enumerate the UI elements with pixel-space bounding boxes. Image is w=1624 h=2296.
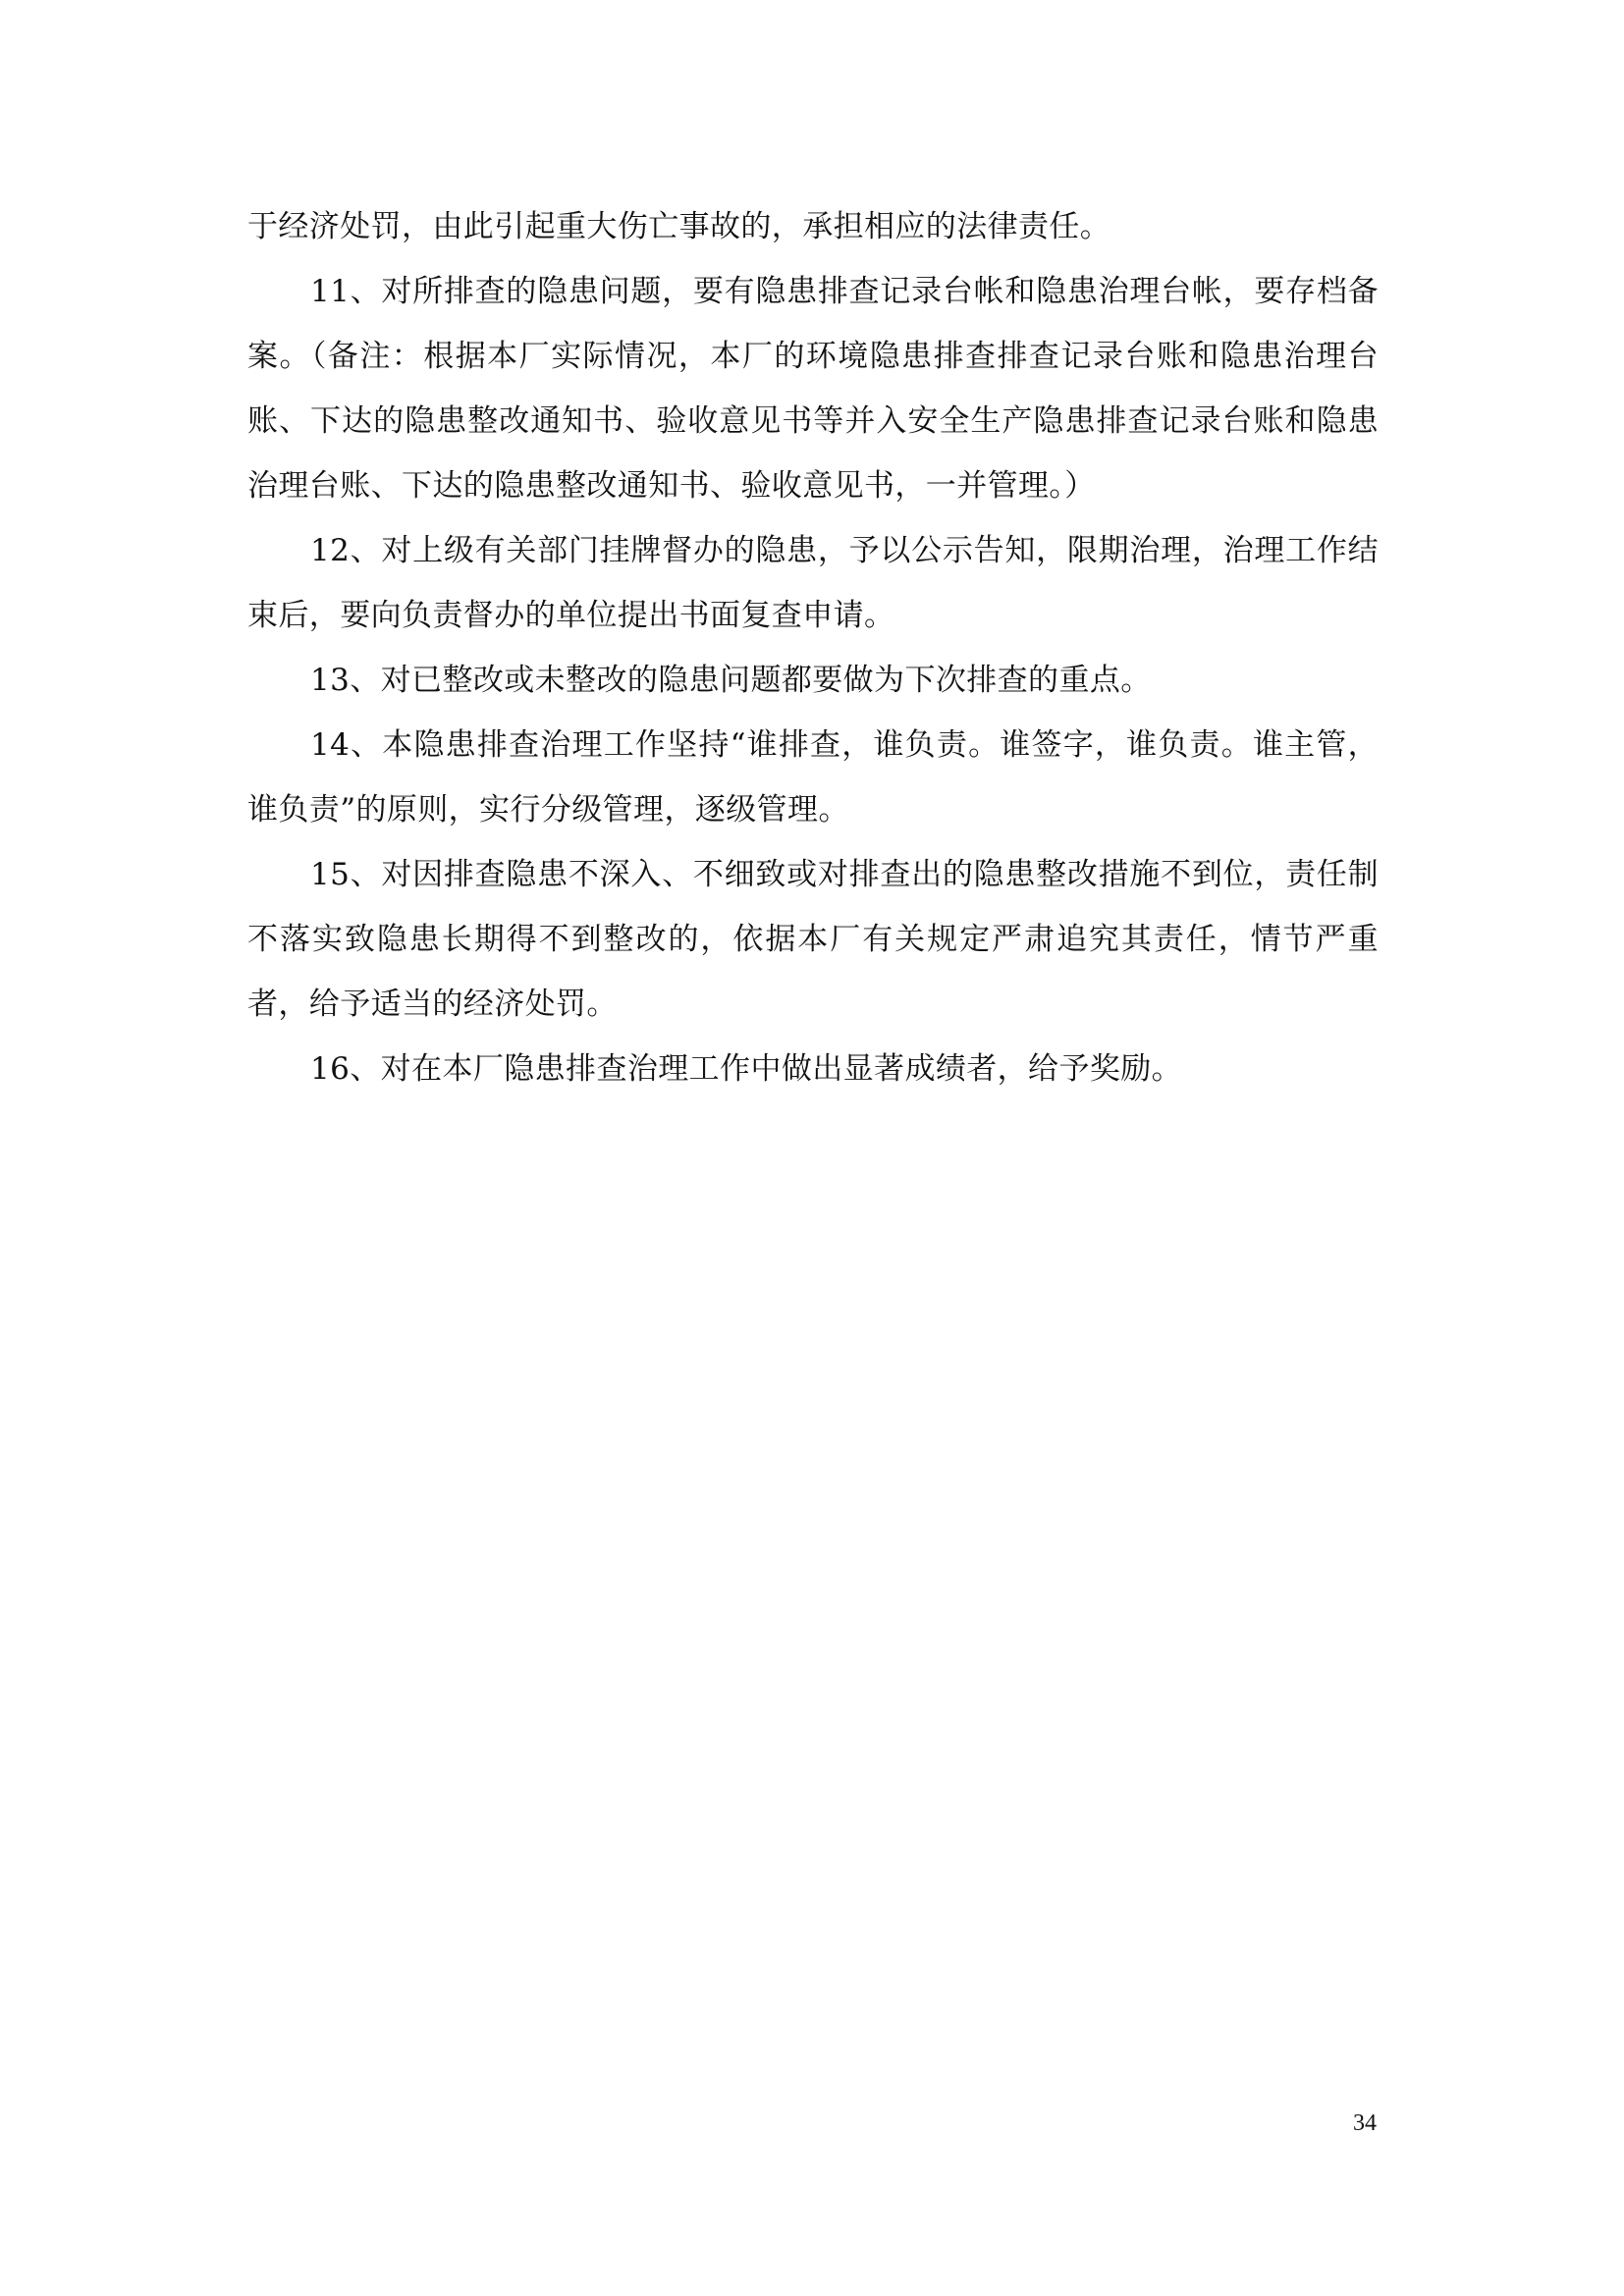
paragraph-item-16: 16、对在本厂隐患排查治理工作中做出显著成绩者，给予奖励。 xyxy=(247,1037,1379,1101)
paragraph-item-12: 12、对上级有关部门挂牌督办的隐患，予以公示告知，限期治理，治理工作结束后，要向… xyxy=(247,518,1379,648)
paragraph-item-11: 11、对所排查的隐患问题，要有隐患排查记录台帐和隐患治理台帐，要存档备案。（备注… xyxy=(247,259,1379,518)
paragraph-item-14: 14、本隐患排查治理工作坚持“谁排查，谁负责。谁签字，谁负责。谁主管，谁负责”的… xyxy=(247,713,1379,842)
document-body: 于经济处罚，由此引起重大伤亡事故的，承担相应的法律责任。 11、对所排查的隐患问… xyxy=(247,194,1379,1101)
paragraph-item-13: 13、对已整改或未整改的隐患问题都要做为下次排查的重点。 xyxy=(247,648,1379,713)
page-number: 34 xyxy=(1353,2110,1377,2137)
paragraph-continuation: 于经济处罚，由此引起重大伤亡事故的，承担相应的法律责任。 xyxy=(247,194,1379,259)
paragraph-item-15: 15、对因排查隐患不深入、不细致或对排查出的隐患整改措施不到位，责任制不落实致隐… xyxy=(247,842,1379,1037)
